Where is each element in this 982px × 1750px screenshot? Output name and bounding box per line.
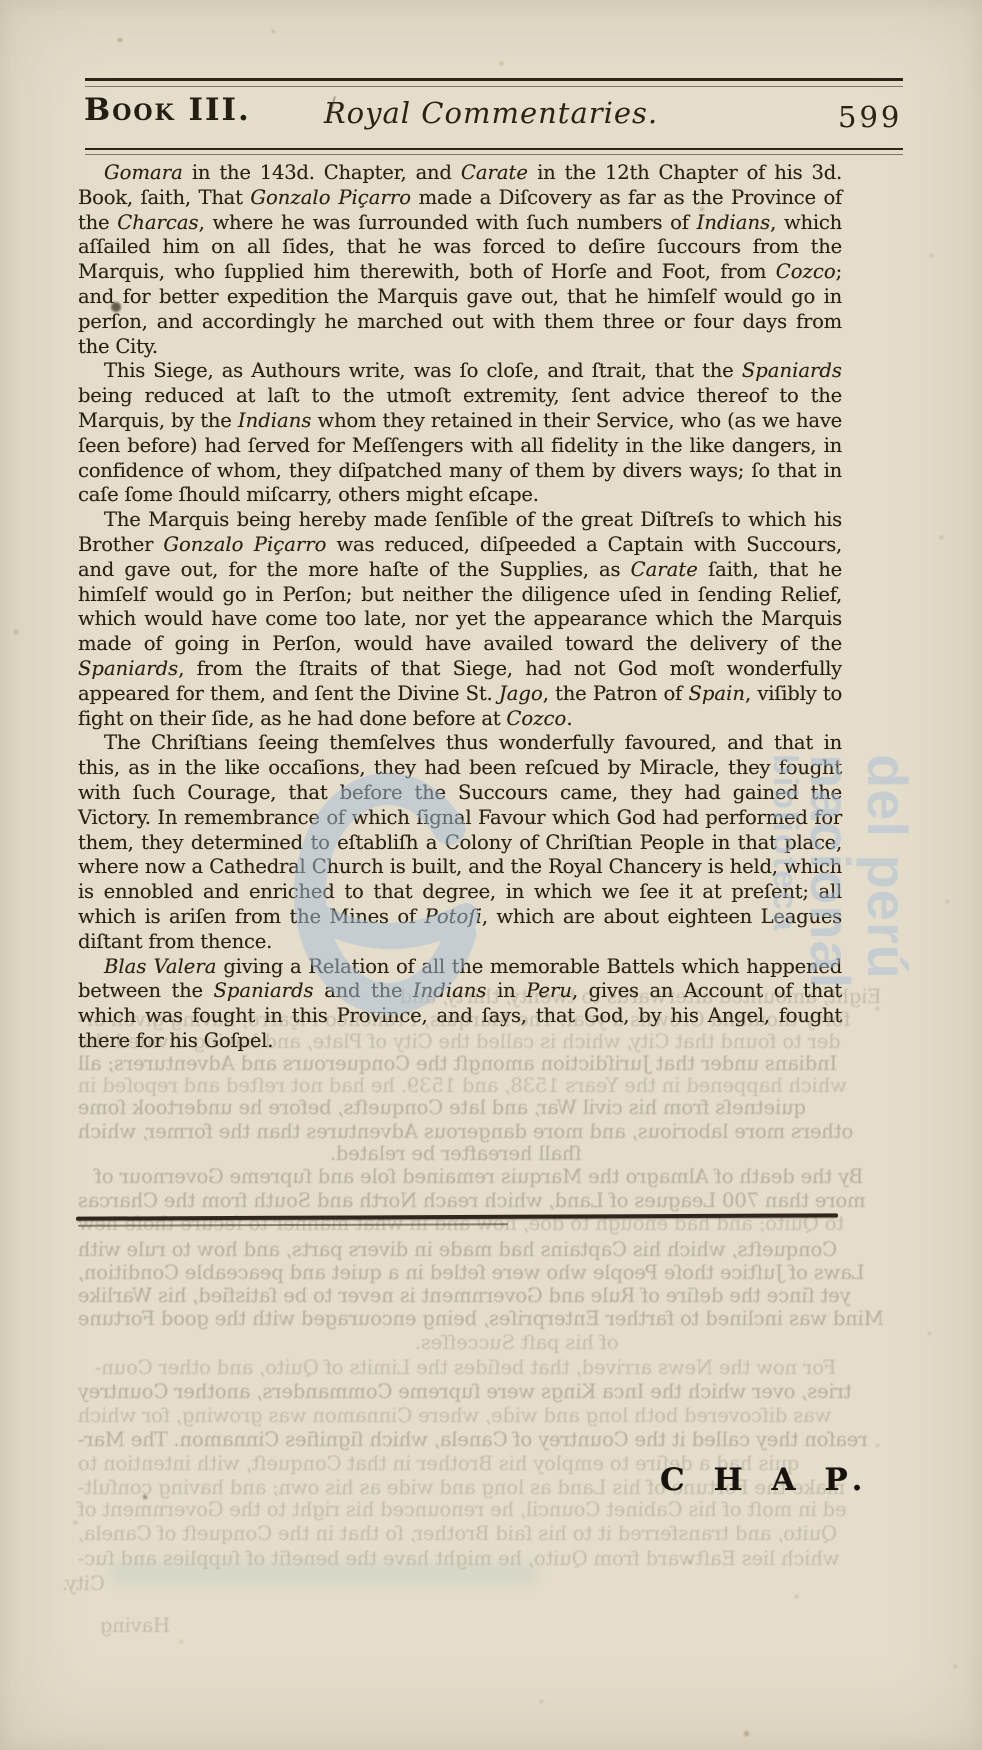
- foxing-spot: [500, 62, 503, 65]
- foxing-spot: [876, 1007, 879, 1010]
- foxing-spot: [688, 1560, 691, 1563]
- foxing-spot: [74, 1521, 77, 1524]
- paragraph: The Marquis being hereby made ſenſible o…: [78, 508, 842, 731]
- bleed-through-line: City.: [62, 1572, 105, 1595]
- watermark-text-line: del perú: [859, 754, 916, 989]
- foxing-spot: [700, 207, 704, 211]
- bleed-through-line: others more laborious, and more dangerou…: [78, 1120, 853, 1143]
- page-title: Royal Commentaries.: [0, 96, 982, 130]
- bleed-through-line: By the death of Almagro the Marquis rema…: [95, 1165, 863, 1188]
- foxing-spot: [940, 536, 943, 539]
- bleed-through-line: which happened in the Years 1538, and 15…: [78, 1074, 847, 1097]
- bleed-through-line: of his paſt Succeſſes.: [415, 1331, 619, 1354]
- foxing-spot: [860, 120, 863, 123]
- book-page-scan: Book III. Royal Commentaries. 599 Eight,…: [0, 0, 982, 1750]
- chapter-heading: C H A P.: [660, 1462, 871, 1498]
- page-number: 599: [838, 100, 902, 134]
- foxing-spot: [930, 254, 933, 257]
- bleed-through-line: Laws of Juſtice thoſe People who were ſe…: [78, 1261, 865, 1284]
- bleed-through-line: Mind was inclined to farther Enterpriſes…: [78, 1307, 884, 1330]
- paragraph: This Siege, as Authours write, was ſo cl…: [78, 359, 842, 508]
- bleed-through-line: was diſcovered both long and wide, where…: [78, 1404, 831, 1427]
- foxing-spot: [540, 1700, 543, 1703]
- bleed-through-line: yet ſince the deſire of Rule and Governm…: [78, 1284, 851, 1307]
- foxing-spot: [876, 1444, 879, 1447]
- header-rule-bottom: [85, 148, 903, 150]
- paragraph: Blas Valera giving a Relation of all the…: [78, 955, 842, 1054]
- bleed-through-line: Having: [100, 1614, 170, 1637]
- paragraph: The Chriſtians ſeeing themſelves thus wo…: [78, 731, 842, 954]
- foxing-spot: [118, 38, 122, 42]
- bleed-through-line: For now the News arrived, that beſides t…: [95, 1356, 836, 1379]
- header-rule-bottom-echo: [85, 154, 903, 155]
- foxing-spot: [795, 1595, 798, 1598]
- bleed-through-line: Conqueſts, which his Captains had made i…: [78, 1238, 837, 1261]
- bleed-through-line: tries, over which the Inca Kings were ſu…: [78, 1380, 852, 1403]
- foxing-spot: [14, 630, 18, 634]
- foxing-spot: [272, 30, 275, 33]
- foxing-spot: [180, 1640, 183, 1643]
- foxing-spot: [111, 302, 121, 312]
- foxing-spot: [143, 1495, 147, 1499]
- paragraph: Gomara in the 143d. Chapter, and Carate …: [78, 161, 842, 359]
- bleed-through-line: Quito, and transferred it to his ſaid Br…: [78, 1522, 837, 1545]
- body-text: Gomara in the 143d. Chapter, and Carate …: [78, 161, 842, 1054]
- foxing-spot: [928, 1332, 931, 1335]
- foxing-spot: [946, 900, 949, 903]
- bleed-through-line: reaſon they called it the Countrey of Ca…: [78, 1428, 868, 1451]
- bleed-through-line: Indians under that Juriſdiction amongſt …: [78, 1052, 837, 1075]
- bleed-through-line: more than 700 Leagues of Land, which rea…: [78, 1189, 866, 1212]
- bleed-through-line: ſhall hereafter be related.: [330, 1142, 582, 1165]
- foxing-spot: [508, 1406, 510, 1408]
- foxing-spot: [954, 1665, 957, 1668]
- bleed-through-line: ed in moſt of his Cabinet Council, he re…: [78, 1498, 847, 1521]
- header-rule-top-echo: [85, 86, 903, 87]
- paper-smear: [108, 1562, 538, 1584]
- bleed-through-line: quietneſs from his civil War, and late C…: [78, 1096, 806, 1119]
- foxing-spot: [744, 1731, 749, 1736]
- header-rule-top: [85, 78, 903, 81]
